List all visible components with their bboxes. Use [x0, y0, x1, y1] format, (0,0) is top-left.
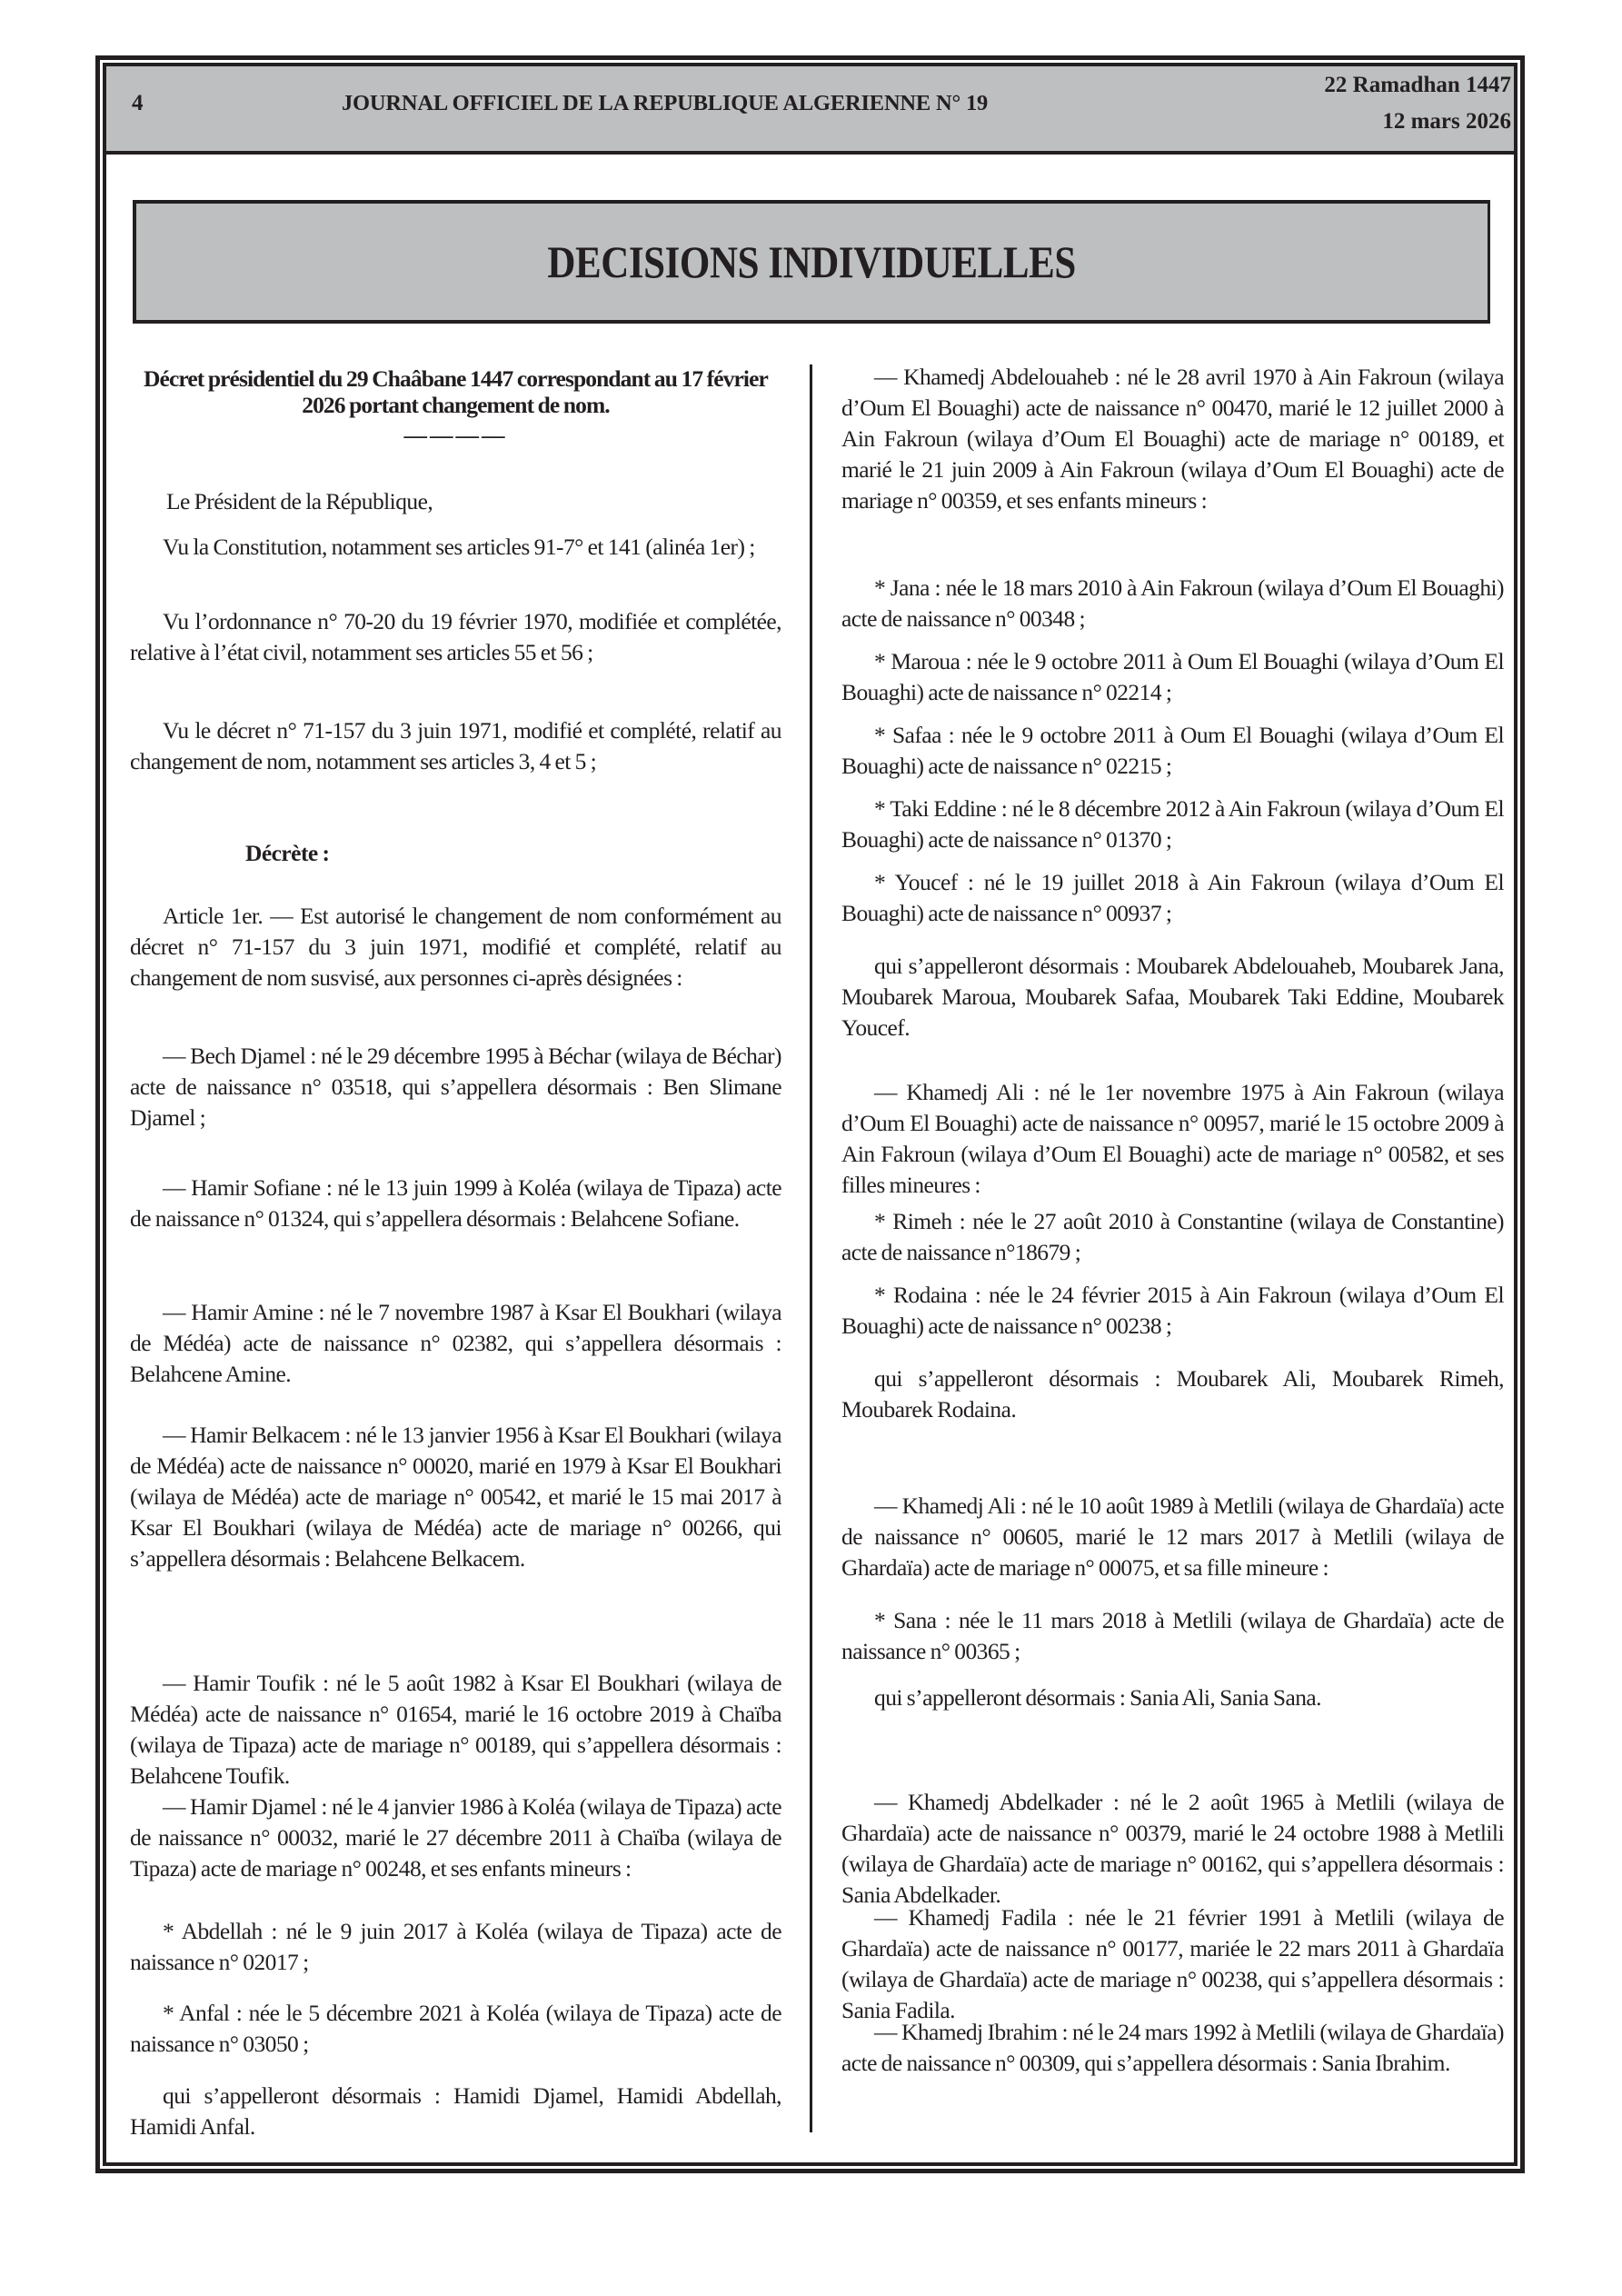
- issue-dates: 22 Ramadhan 1447 12 mars 2026: [1324, 67, 1511, 140]
- entry-child-jana: * Jana : née le 18 mars 2010 à Ain Fakro…: [841, 573, 1504, 634]
- decree-title: Décret présidentiel du 29 Chaâbane 1447 …: [130, 365, 781, 418]
- article-1: Article 1er. — Est autorisé le changemen…: [130, 901, 781, 993]
- section-title: DECISIONS INDIVIDUELLES: [548, 235, 1077, 288]
- entry-hamidi-new-names: qui s’appelleront désormais : Hamidi Dja…: [130, 2081, 781, 2142]
- preamble-president: Le Président de la République,: [130, 486, 781, 517]
- decree-separator: ————: [130, 420, 781, 451]
- entry-hamir-sofiane: — Hamir Sofiane : né le 13 juin 1999 à K…: [130, 1173, 781, 1234]
- decrete-label: Décrète :: [130, 838, 897, 869]
- page-number: 4: [132, 91, 144, 116]
- entry-hamir-toufik: — Hamir Toufik : né le 5 août 1982 à Ksa…: [130, 1668, 781, 1792]
- entry-bech-djamel: — Bech Djamel : né le 29 décembre 1995 à…: [130, 1041, 781, 1133]
- entry-khamedj-ali-1989: — Khamedj Ali : né le 10 août 1989 à Met…: [841, 1491, 1504, 1583]
- column-divider: [810, 364, 812, 2132]
- entry-khamedj-abdelouaheb: — Khamedj Abdelouaheb : né le 28 avril 1…: [841, 362, 1504, 516]
- entry-sania-new-names: qui s’appelleront désormais : Sania Ali,…: [841, 1682, 1504, 1713]
- entry-khamedj-abdelkader: — Khamedj Abdelkader : né le 2 août 1965…: [841, 1787, 1504, 1911]
- section-title-box: DECISIONS INDIVIDUELLES: [133, 200, 1490, 324]
- journal-title: JOURNAL OFFICIEL DE LA REPUBLIQUE ALGERI…: [342, 91, 988, 116]
- entry-hamir-belkacem: — Hamir Belkacem : né le 13 janvier 1956…: [130, 1420, 781, 1574]
- entry-khamedj-fadila: — Khamedj Fadila : née le 21 février 199…: [841, 1902, 1504, 2026]
- preamble-constitution: Vu la Constitution, notamment ses articl…: [130, 532, 781, 563]
- entry-moubarek-new-names: qui s’appelleront désormais : Moubarek A…: [841, 951, 1504, 1043]
- entry-hamir-djamel: — Hamir Djamel : né le 4 janvier 1986 à …: [130, 1792, 781, 1884]
- preamble-decret: Vu le décret n° 71-157 du 3 juin 1971, m…: [130, 715, 781, 777]
- entry-hamir-amine: — Hamir Amine : né le 7 novembre 1987 à …: [130, 1297, 781, 1390]
- entry-child-anfal: * Anfal : née le 5 décembre 2021 à Koléa…: [130, 1998, 781, 2060]
- entry-child-maroua: * Maroua : née le 9 octobre 2011 à Oum E…: [841, 646, 1504, 708]
- date-gregorian: 12 mars 2026: [1324, 104, 1511, 140]
- entry-child-taki-eddine: * Taki Eddine : né le 8 décembre 2012 à …: [841, 794, 1504, 855]
- entry-child-rodaina: * Rodaina : née le 24 février 2015 à Ain…: [841, 1280, 1504, 1342]
- entry-child-sana: * Sana : née le 11 mars 2018 à Metlili (…: [841, 1605, 1504, 1667]
- preamble-ordonnance: Vu l’ordonnance n° 70-20 du 19 février 1…: [130, 606, 781, 668]
- date-hijri: 22 Ramadhan 1447: [1324, 67, 1511, 104]
- entry-child-youcef: * Youcef : né le 19 juillet 2018 à Ain F…: [841, 867, 1504, 929]
- entry-khamedj-ibrahim: — Khamedj Ibrahim : né le 24 mars 1992 à…: [841, 2017, 1504, 2079]
- entry-child-rimeh: * Rimeh : née le 27 août 2010 à Constant…: [841, 1206, 1504, 1268]
- entry-child-safaa: * Safaa : née le 9 octobre 2011 à Oum El…: [841, 720, 1504, 782]
- entry-khamedj-ali-1975: — Khamedj Ali : né le 1er novembre 1975 …: [841, 1077, 1504, 1201]
- entry-child-abdellah: * Abdellah : né le 9 juin 2017 à Koléa (…: [130, 1916, 781, 1978]
- entry-moubarek-ali-new-names: qui s’appelleront désormais : Moubarek A…: [841, 1363, 1504, 1425]
